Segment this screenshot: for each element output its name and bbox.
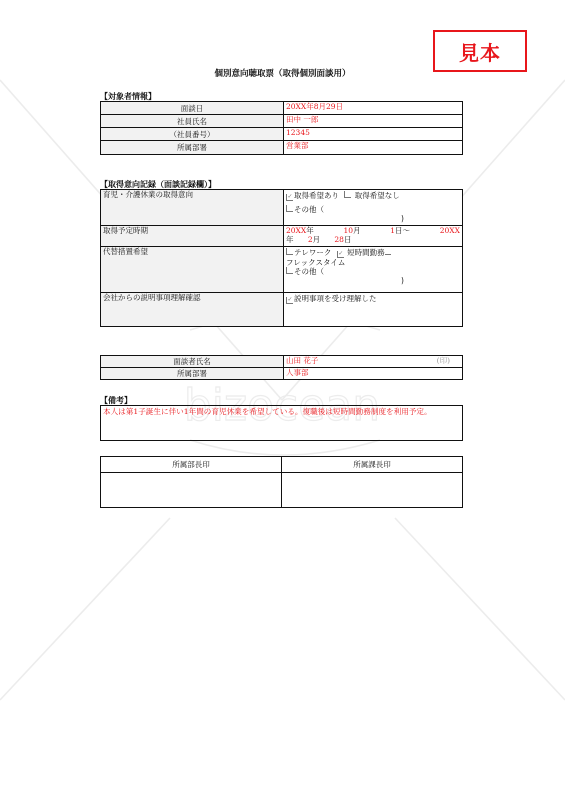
- checkbox-unchecked-icon[interactable]: [286, 248, 293, 255]
- table-row: 所属部署 営業部: [101, 141, 463, 155]
- intent-record-table: 育児・介護休業の取得意向 ✓取得希望あり 取得希望なし その他（ ) 取得予定時…: [100, 189, 463, 327]
- dept-manager-stamp-header: 所属部長印: [101, 457, 282, 473]
- document-title: 個別意向聴取票（取得個別面談用）: [0, 67, 565, 79]
- sample-stamp: 見本: [433, 30, 527, 72]
- seal-mark: (印): [437, 356, 460, 365]
- employee-number-label: （社員番号）: [101, 128, 284, 141]
- interviewer-name-value[interactable]: 山田 花子(印): [284, 356, 463, 368]
- table-row: 取得予定時期 20XX年 10月 1日～ 20XX 年 2月 28日: [101, 226, 463, 247]
- interviewer-dept-label: 所属部署: [101, 368, 284, 380]
- alt-option-flextime[interactable]: フレックスタイム: [286, 258, 460, 267]
- interview-date-value[interactable]: 20XX年8月29日: [284, 102, 463, 115]
- table-row: 代替措置希望 テレワーク ✓ 短時間勤務 フレックスタイム その他（ ): [101, 247, 463, 293]
- department-label: 所属部署: [101, 141, 284, 155]
- checkbox-checked-icon[interactable]: ✓: [337, 251, 344, 258]
- approval-stamp-table: 所属部長印 所属課長印: [100, 456, 463, 508]
- checkbox-checked-icon[interactable]: ✓: [286, 297, 293, 304]
- remarks-text[interactable]: 本人は第1子誕生に伴い1年間の育児休業を希望している。復職後は短時間勤務制度を利…: [100, 405, 463, 441]
- period-value[interactable]: 20XX年 10月 1日～ 20XX 年 2月 28日: [284, 226, 463, 247]
- checkbox-checked-icon[interactable]: ✓: [286, 194, 293, 201]
- period-label: 取得予定時期: [101, 226, 284, 247]
- intent-record-heading: 【取得意向記録（面談記録欄）】: [100, 180, 216, 189]
- section-manager-stamp-header: 所属課長印: [282, 457, 463, 473]
- intent-label: 育児・介護休業の取得意向: [101, 190, 284, 226]
- subject-info-heading: 【対象者情報】: [100, 92, 156, 101]
- subject-info-table: 面談日 20XX年8月29日 社員氏名 田中 一郎 （社員番号） 12345 所…: [100, 101, 463, 155]
- table-row: 面談日 20XX年8月29日: [101, 102, 463, 115]
- table-row: 社員氏名 田中 一郎: [101, 115, 463, 128]
- employee-name-label: 社員氏名: [101, 115, 284, 128]
- section-manager-stamp-cell[interactable]: [282, 473, 463, 508]
- dept-manager-stamp-cell[interactable]: [101, 473, 282, 508]
- other-close-paren: ): [286, 276, 460, 285]
- alternative-options: テレワーク ✓ 短時間勤務 フレックスタイム その他（ ): [284, 247, 463, 293]
- confirmation-option-label[interactable]: 説明事項を受け理解した: [294, 294, 377, 303]
- checkbox-unchecked-icon[interactable]: [385, 248, 391, 255]
- table-row: 育児・介護休業の取得意向 ✓取得希望あり 取得希望なし その他（ ): [101, 190, 463, 226]
- intent-options: ✓取得希望あり 取得希望なし その他（ ): [284, 190, 463, 226]
- interviewer-name-label: 面談者氏名: [101, 356, 284, 368]
- checkbox-unchecked-icon[interactable]: [286, 205, 293, 212]
- table-row: （社員番号） 12345: [101, 128, 463, 141]
- alt-option-telework[interactable]: テレワーク: [294, 248, 331, 257]
- table-row: 所属部署 人事部: [101, 368, 463, 380]
- intent-option-yes[interactable]: 取得希望あり: [294, 191, 339, 200]
- alt-option-short-hours[interactable]: 短時間勤務: [347, 248, 385, 257]
- table-row: 会社からの説明事項理解確認 ✓説明事項を受け理解した: [101, 293, 463, 327]
- employee-number-value[interactable]: 12345: [284, 128, 463, 141]
- confirmation-label: 会社からの説明事項理解確認: [101, 293, 284, 327]
- department-value[interactable]: 営業部: [284, 141, 463, 155]
- table-row: [101, 473, 463, 508]
- remarks-heading: 【備考】: [100, 396, 132, 405]
- other-close-paren: ): [286, 214, 460, 223]
- table-row: 面談者氏名 山田 花子(印): [101, 356, 463, 368]
- checkbox-unchecked-icon[interactable]: [286, 267, 293, 274]
- alternative-label: 代替措置希望: [101, 247, 284, 293]
- interviewer-dept-value[interactable]: 人事部: [284, 368, 463, 380]
- employee-name-value[interactable]: 田中 一郎: [284, 115, 463, 128]
- interviewer-table: 面談者氏名 山田 花子(印) 所属部署 人事部: [100, 355, 463, 380]
- intent-option-other[interactable]: その他（: [294, 205, 324, 214]
- interview-date-label: 面談日: [101, 102, 284, 115]
- confirmation-option: ✓説明事項を受け理解した: [284, 293, 463, 327]
- table-row: 所属部長印 所属課長印: [101, 457, 463, 473]
- checkbox-unchecked-icon[interactable]: [344, 191, 351, 198]
- alt-option-other[interactable]: その他（: [294, 267, 324, 276]
- intent-option-no[interactable]: 取得希望なし: [355, 191, 400, 200]
